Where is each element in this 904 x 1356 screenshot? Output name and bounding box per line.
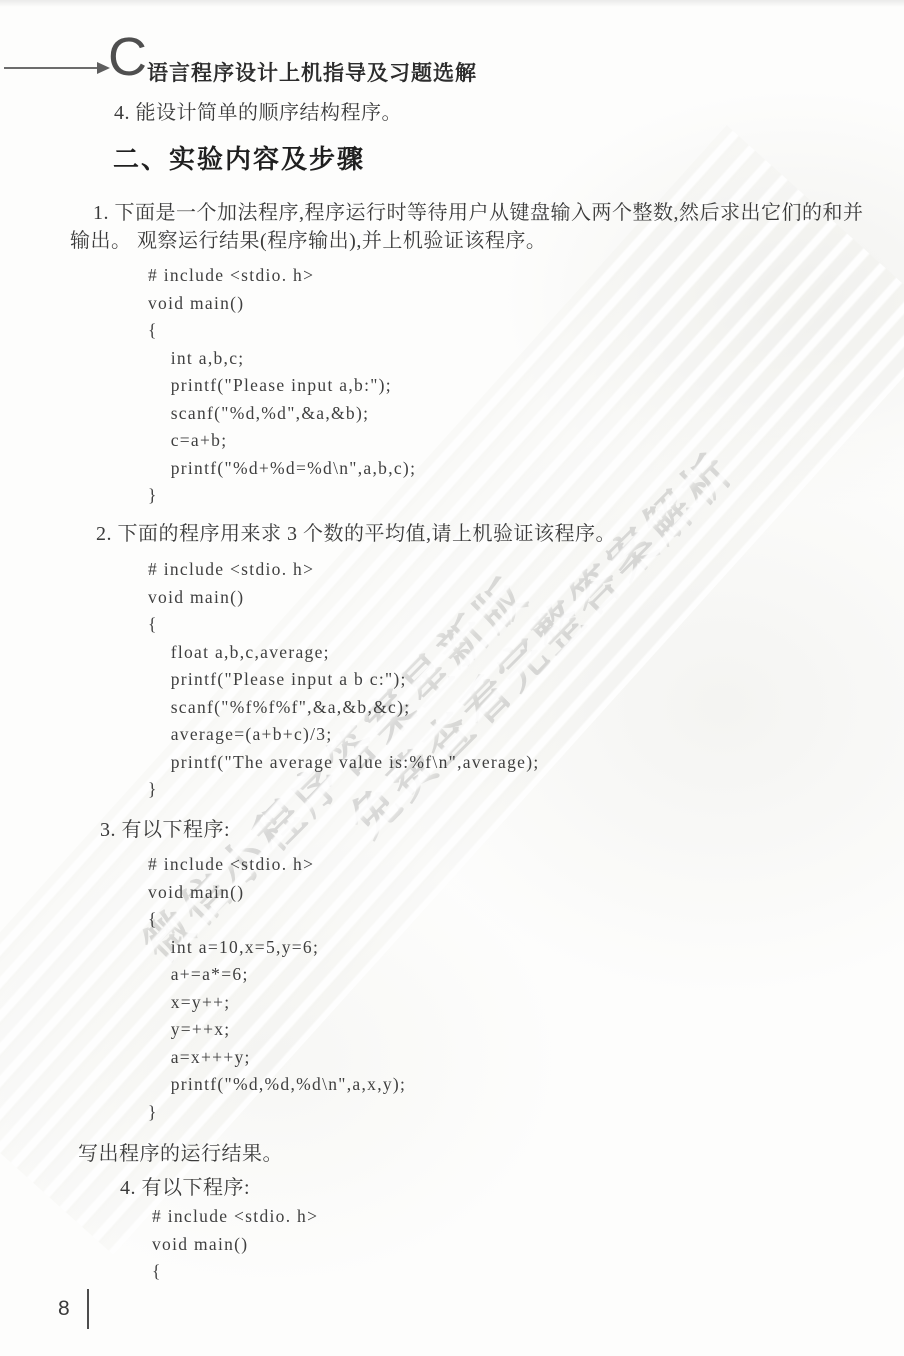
- code-line: scanf("%f%f%f",&a,&b,&c);: [148, 694, 540, 722]
- code-line: # include <stdio. h>: [148, 262, 416, 290]
- code-line: {: [148, 317, 416, 345]
- task1-text-line1: 1. 下面是一个加法程序,程序运行时等待用户从键盘输入两个整数,然后求出它们的和…: [93, 196, 864, 225]
- code-line: printf("Please input a b c:");: [148, 666, 540, 694]
- task3-intro: 3. 有以下程序:: [100, 813, 230, 842]
- task3-code-block: # include <stdio. h>void main(){ int a=1…: [148, 851, 406, 1126]
- book-title: 语言程序设计上机指导及习题选解: [147, 57, 477, 87]
- code-line: c=a+b;: [148, 427, 416, 455]
- code-line: {: [148, 906, 406, 934]
- task4-intro: 4. 有以下程序:: [120, 1171, 250, 1200]
- code-line: # include <stdio. h>: [148, 556, 540, 584]
- code-line: }: [148, 482, 416, 510]
- code-line: void main(): [152, 1231, 318, 1259]
- code-line: {: [152, 1258, 318, 1286]
- code-line: }: [148, 1099, 406, 1127]
- page-content: C 语言程序设计上机指导及习题选解 4. 能设计简单的顺序结构程序。 二、实验内…: [0, 0, 904, 1356]
- code-line: average=(a+b+c)/3;: [148, 721, 540, 749]
- header-rule: [4, 67, 98, 69]
- code-line: scanf("%d,%d",&a,&b);: [148, 400, 416, 428]
- task3-outro: 写出程序的运行结果。: [78, 1137, 283, 1166]
- code-line: int a=10,x=5,y=6;: [148, 934, 406, 962]
- task4-code-block: # include <stdio. h>void main(){: [152, 1203, 318, 1286]
- code-line: # include <stdio. h>: [148, 851, 406, 879]
- task1-code-block: # include <stdio. h>void main(){ int a,b…: [148, 262, 416, 510]
- task1-text-line2: 输出。 观察运行结果(程序输出),并上机验证该程序。: [70, 224, 546, 253]
- code-line: # include <stdio. h>: [152, 1203, 318, 1231]
- code-line: y=++x;: [148, 1016, 406, 1044]
- task2-intro: 2. 下面的程序用来求 3 个数的平均值,请上机验证该程序。: [96, 517, 616, 546]
- code-line: printf("Please input a,b:");: [148, 372, 416, 400]
- code-line: printf("%d,%d,%d\n",a,x,y);: [148, 1071, 406, 1099]
- prev-item-text: 4. 能设计简单的顺序结构程序。: [114, 96, 402, 125]
- code-line: float a,b,c,average;: [148, 639, 540, 667]
- code-line: {: [148, 611, 540, 639]
- code-line: a=x+++y;: [148, 1044, 406, 1072]
- logo-letter: C: [108, 30, 147, 84]
- task2-code-block: # include <stdio. h>void main(){ float a…: [148, 556, 540, 804]
- code-line: int a,b,c;: [148, 345, 416, 373]
- section-title: 二、实验内容及步骤: [113, 139, 365, 176]
- code-line: printf("%d+%d=%d\n",a,b,c);: [148, 455, 416, 483]
- code-line: a+=a*=6;: [148, 961, 406, 989]
- code-line: printf("The average value is:%f\n",avera…: [148, 749, 540, 777]
- code-line: void main(): [148, 290, 416, 318]
- code-line: void main(): [148, 584, 540, 612]
- scanned-book-page: 微信小程序答案星新版 免费查看完整答案解析 C 语言程序设计上机指导及习题选解 …: [0, 0, 904, 1356]
- code-line: x=y++;: [148, 989, 406, 1017]
- page-number: 8: [58, 1297, 70, 1321]
- footer-divider: [87, 1289, 89, 1329]
- code-line: void main(): [148, 879, 406, 907]
- code-line: }: [148, 776, 540, 804]
